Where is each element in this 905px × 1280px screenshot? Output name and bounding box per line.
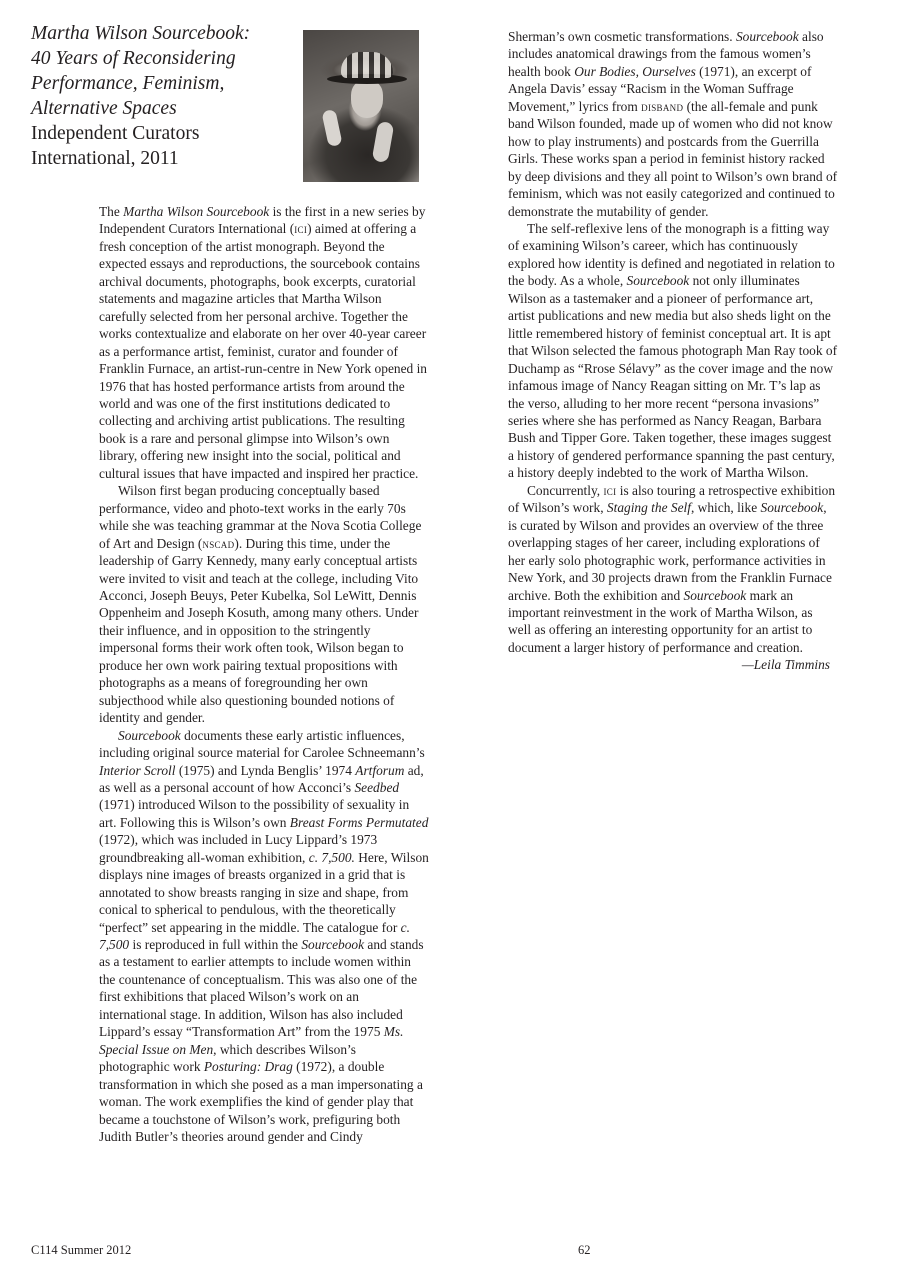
book-title-line: Martha Wilson Sourcebook: xyxy=(31,21,296,46)
photo-face xyxy=(351,80,383,118)
photo-hand-left xyxy=(321,109,342,147)
photo-hat xyxy=(341,52,393,78)
book-cover-photo xyxy=(303,30,419,182)
paragraph: Wilson first began producing conceptuall… xyxy=(99,482,429,726)
paragraph: The Martha Wilson Sourcebook is the firs… xyxy=(99,203,429,482)
publisher-line: International, 2011 xyxy=(31,146,296,171)
book-title-line: 40 Years of Reconsidering xyxy=(31,46,296,71)
review-header: Martha Wilson Sourcebook: 40 Years of Re… xyxy=(31,21,296,171)
issue-label: C114 Summer 2012 xyxy=(31,1243,131,1258)
paragraph: Sourcebook documents these early artisti… xyxy=(99,727,429,1146)
article-column-right: Sherman’s own cosmetic transformations. … xyxy=(508,28,838,674)
paragraph: Sherman’s own cosmetic transformations. … xyxy=(508,28,838,220)
book-title-line: Performance, Feminism, xyxy=(31,71,296,96)
book-title-line: Alternative Spaces xyxy=(31,96,296,121)
paragraph: Concurrently, ICI is also touring a retr… xyxy=(508,482,838,657)
article-column-left: The Martha Wilson Sourcebook is the firs… xyxy=(99,203,429,1145)
photo-hand-right xyxy=(372,121,395,163)
publisher-line: Independent Curators xyxy=(31,121,296,146)
paragraph: The self-reflexive lens of the monograph… xyxy=(508,220,838,482)
page-number: 62 xyxy=(578,1243,591,1258)
author-signature: —Leila Timmins xyxy=(508,656,838,673)
